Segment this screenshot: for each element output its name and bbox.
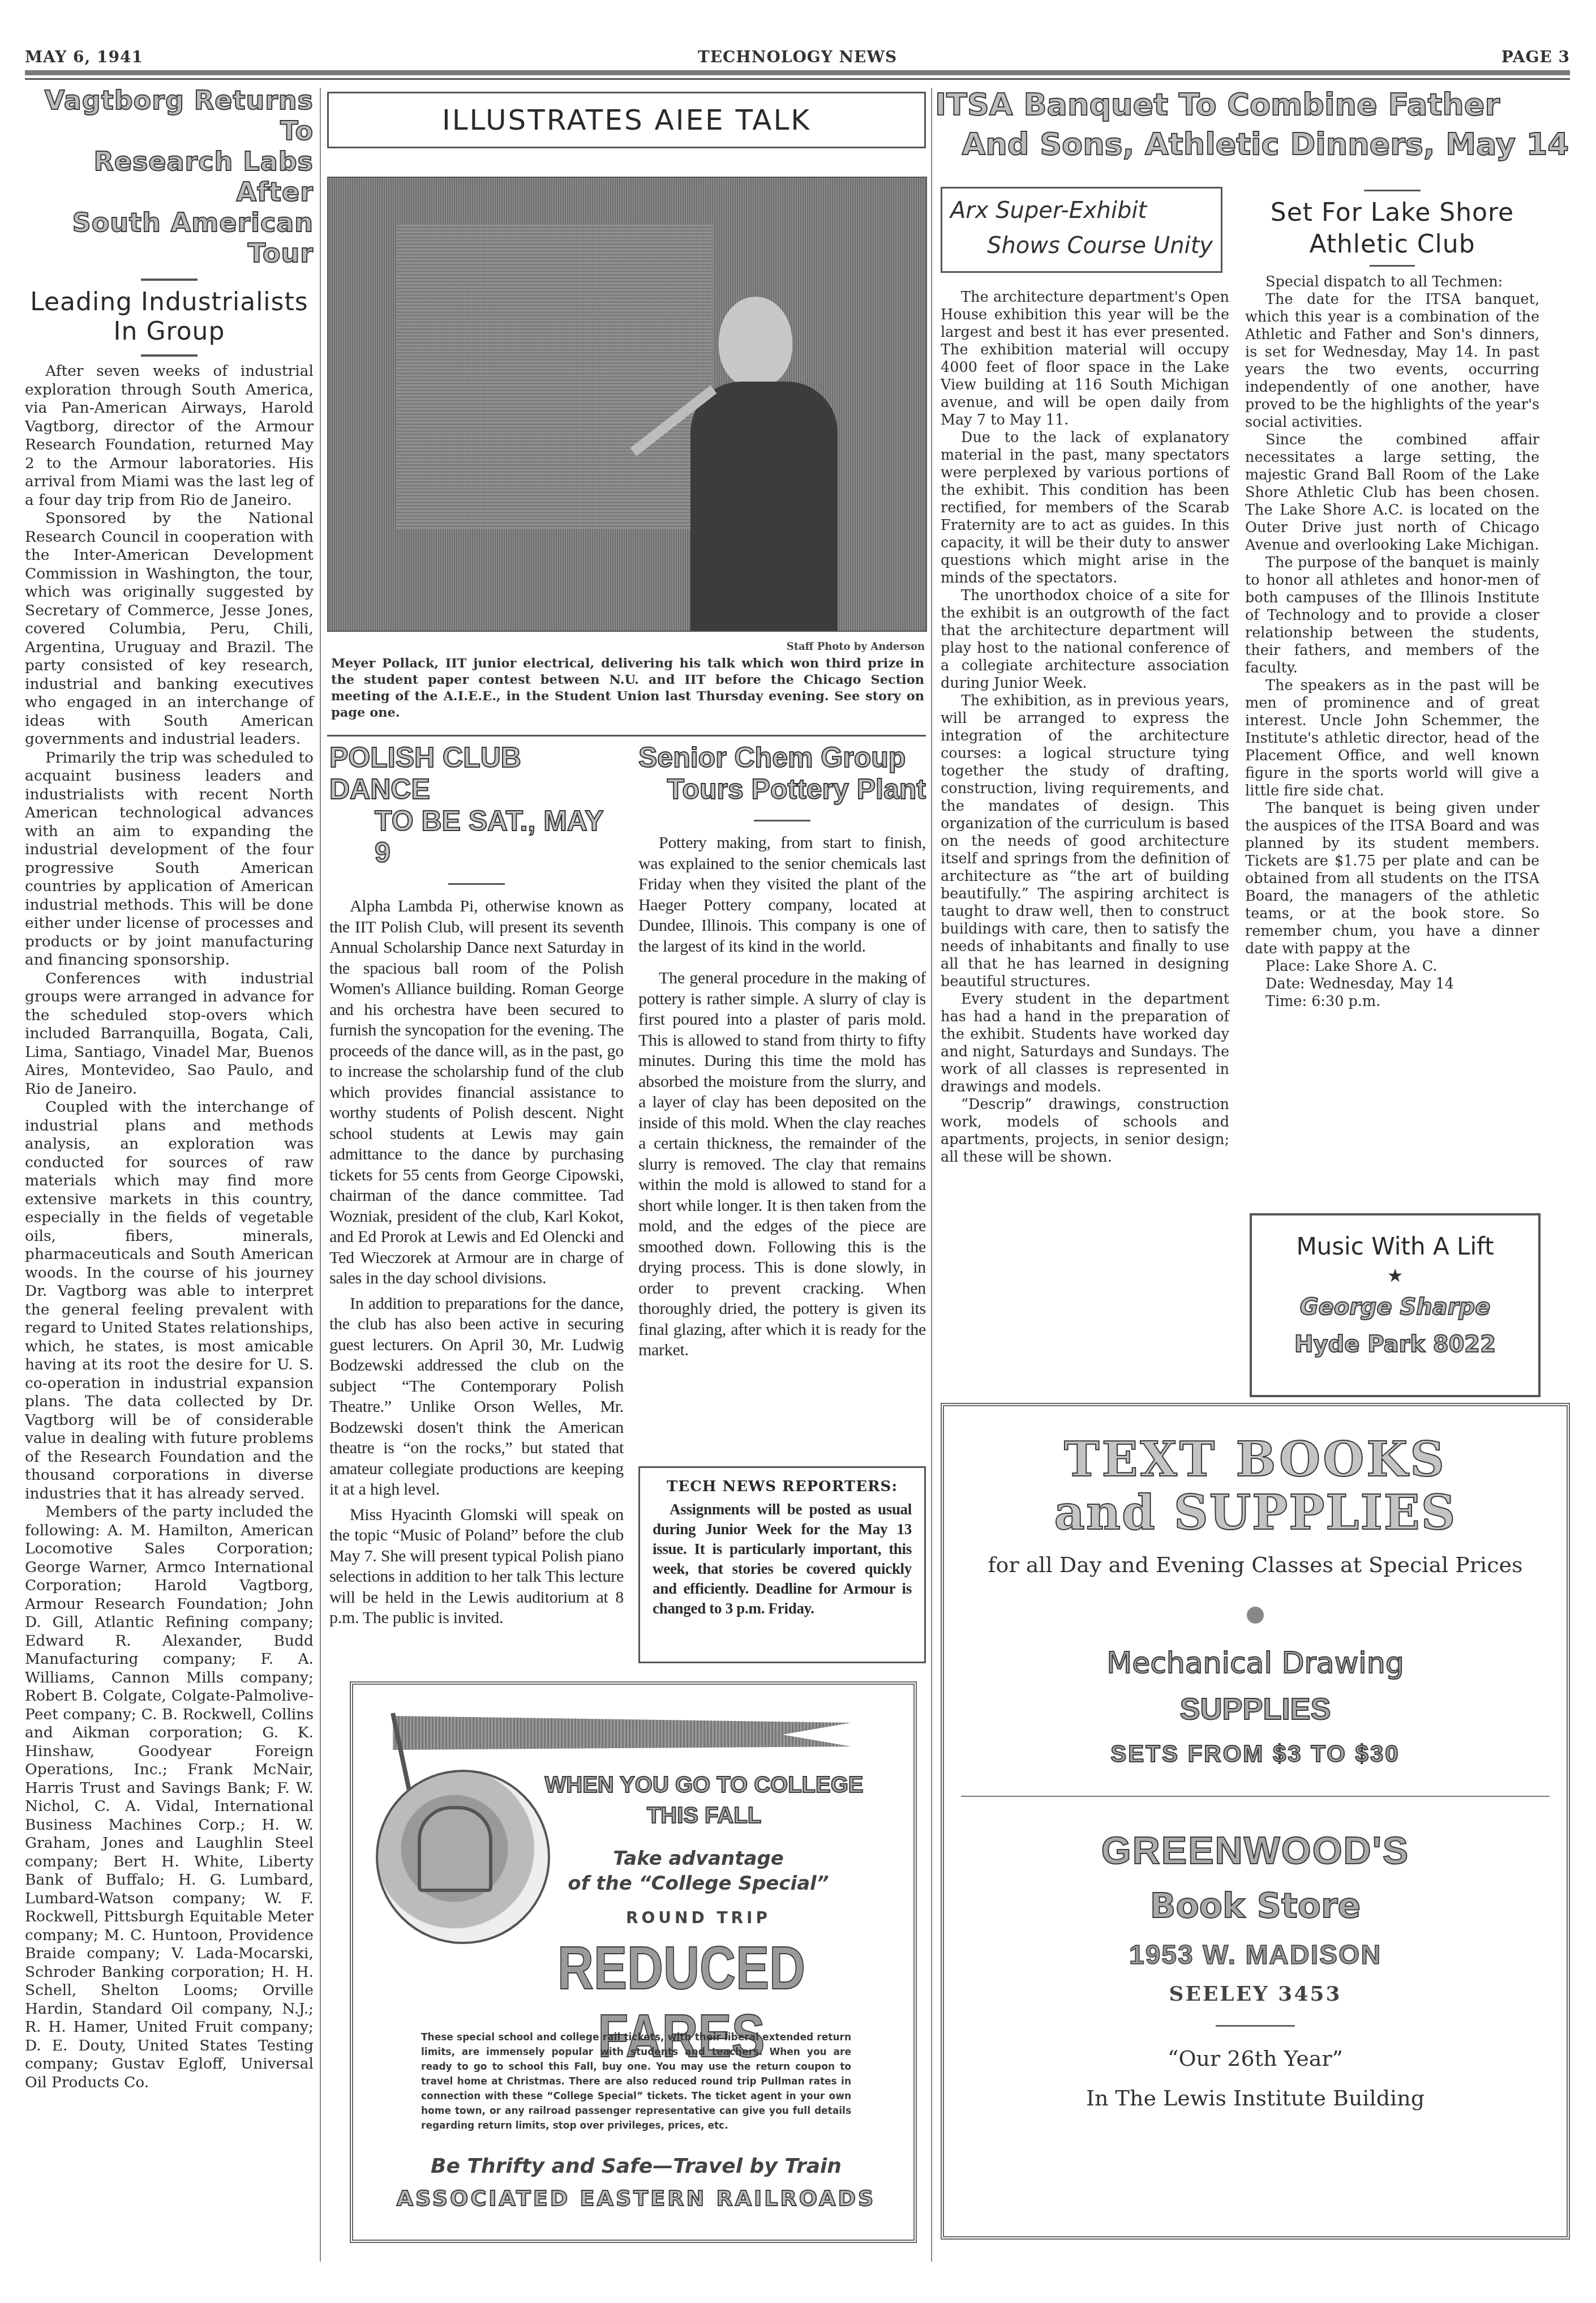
article-pottery: Senior Chem Group Tours Pottery Plant Po… bbox=[638, 742, 926, 1365]
column-divider bbox=[931, 88, 932, 2262]
store-name-2: Book Store bbox=[944, 1886, 1567, 1926]
photo-caption: Meyer Pollack, IIT junior electrical, de… bbox=[331, 656, 924, 721]
pennant-flag-icon bbox=[393, 1716, 851, 1750]
star-icon: ★ bbox=[1252, 1265, 1538, 1286]
speaker-body bbox=[690, 382, 838, 631]
music-ad-name: George Sharpe bbox=[1252, 1294, 1538, 1320]
notice-body: Assignments will be posted as usual duri… bbox=[653, 1500, 912, 1619]
music-ad-tagline: Music With A Lift bbox=[1252, 1232, 1538, 1260]
article-body: Pottery making, from start to finish, wa… bbox=[638, 833, 926, 1361]
article-polish-club: POLISH CLUB DANCE TO BE SAT., MAY 9 Alph… bbox=[329, 742, 624, 1633]
event-details: Place: Lake Shore A. C. Date: Wednesday,… bbox=[1245, 958, 1539, 1011]
store-tagline: “Our 26th Year” bbox=[944, 2046, 1567, 2071]
itsa-article: Set For Lake Shore Athletic Club Special… bbox=[1245, 190, 1539, 1011]
divider bbox=[1364, 190, 1421, 191]
divider bbox=[1370, 265, 1415, 267]
masthead-rule bbox=[25, 70, 1570, 75]
divider bbox=[141, 354, 198, 357]
reporters-notice-box: TECH NEWS REPORTERS: Assignments will be… bbox=[638, 1466, 926, 1663]
itsa-subheadline: Set For Lake Shore Athletic Club bbox=[1245, 197, 1539, 260]
bookstore-subline: for all Day and Evening Classes at Speci… bbox=[944, 1552, 1567, 1577]
drawing-supplies-1: Mechanical Drawing bbox=[944, 1646, 1567, 1680]
speaker-head bbox=[719, 297, 792, 387]
masthead-rule-thin bbox=[25, 78, 1570, 80]
page-number: PAGE 3 bbox=[1501, 48, 1570, 66]
ad-headline: WHEN YOU GO TO COLLEGE THIS FALL bbox=[540, 1770, 868, 1831]
divider bbox=[448, 883, 505, 885]
divider bbox=[961, 1796, 1550, 1797]
headline: Senior Chem Group Tours Pottery Plant bbox=[638, 742, 926, 805]
headline: POLISH CLUB DANCE TO BE SAT., MAY 9 bbox=[329, 742, 624, 868]
railroad-ad: WHEN YOU GO TO COLLEGE THIS FALL Take ad… bbox=[350, 1681, 917, 2243]
store-name: GREENWOOD'S bbox=[944, 1829, 1567, 1873]
bullet-dot-icon bbox=[1247, 1607, 1264, 1624]
itsa-headline: ITSA Banquet To Combine Father And Sons,… bbox=[935, 85, 1569, 164]
article-vagtborg: Vagtborg Returns To Research Labs After … bbox=[25, 85, 314, 2092]
article-body: Alpha Lambda Pi, otherwise known as the … bbox=[329, 896, 624, 1629]
drawing-supplies-price: SETS FROM $3 TO $30 bbox=[944, 1740, 1567, 1767]
round-trip-label: ROUND TRIP bbox=[523, 1908, 874, 1927]
music-ad-phone: Hyde Park 8022 bbox=[1252, 1332, 1538, 1358]
divider bbox=[141, 279, 198, 281]
drawing-supplies-2: SUPPLIES bbox=[944, 1692, 1567, 1727]
photo-credit: Staff Photo by Anderson bbox=[327, 641, 925, 653]
arx-headline-box: Arx Super-Exhibit Shows Course Unity bbox=[941, 187, 1222, 273]
ad-sponsor: ASSOCIATED EASTERN RAILROADS bbox=[370, 2186, 902, 2211]
store-address: 1953 W. MADISON bbox=[944, 1940, 1567, 1971]
bookstore-headline-2: and SUPPLIES bbox=[944, 1486, 1567, 1540]
news-photo bbox=[327, 177, 927, 632]
headline: Vagtborg Returns To Research Labs After … bbox=[25, 85, 314, 268]
photo-headline-box: ILLUSTRATES AIEE TALK bbox=[327, 92, 926, 148]
ad-slogan: Be Thrifty and Safe—Travel by Train bbox=[387, 2155, 885, 2178]
arx-article-body: The architecture department's Open House… bbox=[941, 289, 1229, 1166]
notice-title: TECH NEWS REPORTERS: bbox=[653, 1478, 912, 1495]
store-location: In The Lewis Institute Building bbox=[944, 2086, 1567, 2111]
bookstore-headline-1: TEXT BOOKS bbox=[944, 1433, 1567, 1486]
locomotive-front bbox=[418, 1806, 492, 1892]
divider bbox=[1216, 2025, 1295, 2027]
store-phone: SEELEY 3453 bbox=[944, 1982, 1567, 2006]
subheadline: Leading Industrialists In Group bbox=[25, 288, 314, 346]
bookstore-ad: TEXT BOOKS and SUPPLIES for all Day and … bbox=[941, 1403, 1570, 2240]
arx-headline: Arx Super-Exhibit Shows Course Unity bbox=[950, 193, 1213, 263]
ad-subline: Take advantage of the “College Special” bbox=[523, 1846, 874, 1896]
column-divider bbox=[320, 88, 321, 2262]
newspaper-title: TECHNOLOGY NEWS bbox=[25, 48, 1570, 66]
blackboard-grid bbox=[396, 223, 713, 529]
masthead: MAY 6, 1941 TECHNOLOGY NEWS PAGE 3 bbox=[25, 48, 1570, 70]
music-ad: Music With A Lift ★ George Sharpe Hyde P… bbox=[1250, 1213, 1541, 1397]
article-body: Special dispatch to all Techmen: The dat… bbox=[1245, 273, 1539, 1011]
article-body: After seven weeks of industrial explorat… bbox=[25, 362, 314, 2092]
divider bbox=[327, 735, 926, 737]
ad-body: These special school and college rail ti… bbox=[421, 2030, 851, 2133]
photo-headline: ILLUSTRATES AIEE TALK bbox=[329, 93, 924, 147]
divider bbox=[754, 820, 810, 821]
